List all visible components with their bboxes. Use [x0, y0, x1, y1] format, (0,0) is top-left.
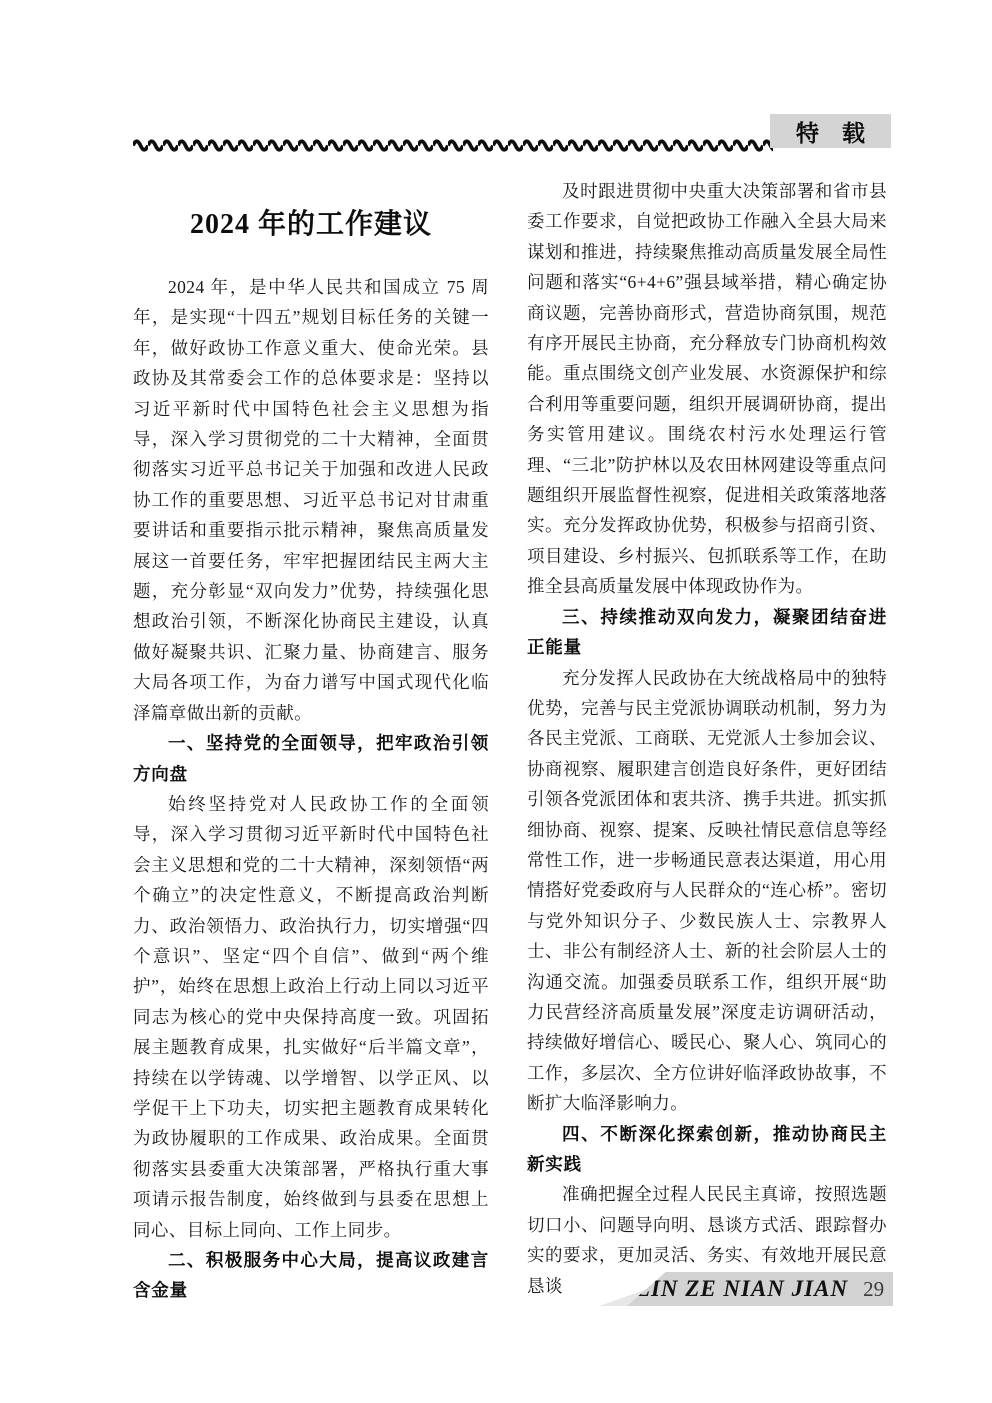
journal-name: LIN ZE NIAN JIAN: [636, 1276, 848, 1302]
section-tag-label: 特 载: [796, 115, 865, 148]
article-title: 2024 年的工作建议: [133, 202, 489, 242]
left-column: 2024 年的工作建议 2024 年，是中华人民共和国成立 75 周年，是实现“…: [133, 176, 489, 1306]
section-heading: 二、积极服务中心大局，提高议政建言含金量: [133, 1245, 489, 1306]
section-tag: 特 载: [770, 114, 891, 148]
section-heading: 一、坚持党的全面领导，把牢政治引领方向盘: [133, 728, 489, 789]
body-paragraph: 充分发挥人民政协在大统战格局中的独特优势，完善与民主党派协调联动机制，努力为各民…: [527, 663, 887, 1119]
footer-ribbon: LIN ZE NIAN JIAN 29: [627, 1272, 893, 1306]
yearbook-page: 特 载 2024 年的工作建议 2024 年，是中华人民共和国成立 75 周年，…: [0, 0, 992, 1403]
right-column-blocks: 及时跟进贯彻中央重大决策部署和省市县委工作要求，自觉把政协工作融入全县大局来谋划…: [527, 176, 887, 1301]
body-paragraph: 及时跟进贯彻中央重大决策部署和省市县委工作要求，自觉把政协工作融入全县大局来谋划…: [527, 176, 887, 602]
right-column: 及时跟进贯彻中央重大决策部署和省市县委工作要求，自觉把政协工作融入全县大局来谋划…: [527, 176, 887, 1306]
page-number: 29: [863, 1277, 884, 1302]
body-paragraph: 始终坚持党对人民政协工作的全面领导，深入学习贯彻习近平新时代中国特色社会主义思想…: [133, 789, 489, 1245]
left-column-blocks: 2024 年，是中华人民共和国成立 75 周年，是实现“十四五”规划目标任务的关…: [133, 272, 489, 1306]
body-paragraph: 2024 年，是中华人民共和国成立 75 周年，是实现“十四五”规划目标任务的关…: [133, 272, 489, 728]
decorative-wave-rule-icon: [133, 139, 773, 152]
section-heading: 三、持续推动双向发力，凝聚团结奋进正能量: [527, 602, 887, 663]
article-body: 2024 年的工作建议 2024 年，是中华人民共和国成立 75 周年，是实现“…: [133, 176, 887, 1306]
section-heading: 四、不断深化探索创新，推动协商民主新实践: [527, 1119, 887, 1180]
